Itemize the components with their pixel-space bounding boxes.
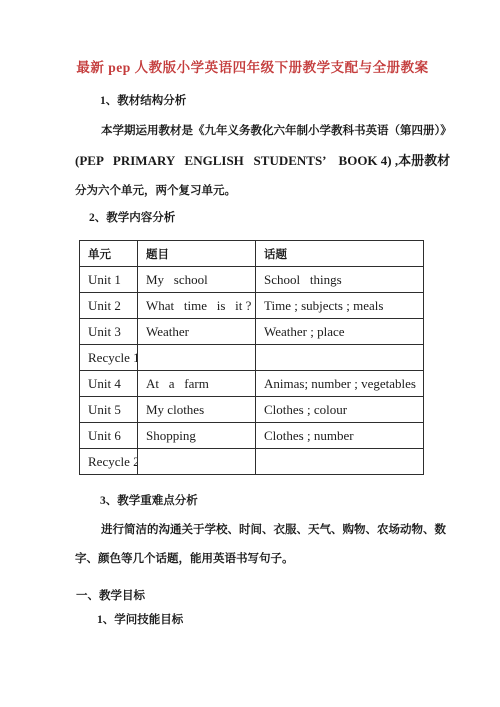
document-page: 最新 pep 人教版小学英语四年级下册教学支配与全册教案 1、教材结构分析 本学… <box>0 0 500 707</box>
heading-knowledge-skills: 1、学问技能目标 <box>97 613 430 628</box>
table-cell-topic: Clothes ; number <box>256 423 424 449</box>
table-cell-topic: Time ; subjects ; meals <box>256 293 424 319</box>
table-cell-unit: Unit 5 <box>80 397 138 423</box>
heading-key-points-analysis: 3、教学重难点分析 <box>100 494 430 509</box>
paragraph-key-points-line2: 字、颜色等几个话题，能用英语书写句子。 <box>75 545 430 574</box>
table-cell-title: At a farm <box>138 371 256 397</box>
table-cell-unit: Unit 6 <box>80 423 138 449</box>
units-table-header-row: 单元 题目 话题 <box>80 241 424 267</box>
document-title: 最新 pep 人教版小学英语四年级下册教学支配与全册教案 <box>75 58 430 78</box>
paragraph-textbook: 本学期运用教材是《九年义务教化六年制小学教科书英语（第四册）》 (PEP PRI… <box>75 116 430 206</box>
table-cell-title: Shopping <box>138 423 256 449</box>
table-cell-topic: Animas; number ; vegetables <box>256 371 424 397</box>
table-cell-topic: School things <box>256 267 424 293</box>
table-row-unit1: Unit 1 My school School things <box>80 267 424 293</box>
table-row-unit3: Unit 3 Weather Weather ; place <box>80 319 424 345</box>
table-cell-title: My school <box>138 267 256 293</box>
table-row-unit6: Unit 6 Shopping Clothes ; number <box>80 423 424 449</box>
table-cell-unit: Unit 1 <box>80 267 138 293</box>
table-cell-unit: Unit 3 <box>80 319 138 345</box>
table-cell-topic: Weather ; place <box>256 319 424 345</box>
table-row-recycle2: Recycle 2 <box>80 449 424 475</box>
paragraph-textbook-line2: (PEP PRIMARY ENGLISH STUDENTS’ BOOK 4) ,… <box>75 146 430 176</box>
table-cell-title <box>138 449 256 475</box>
table-cell-title: What time is it ? <box>138 293 256 319</box>
table-cell-title <box>138 345 256 371</box>
table-row-recycle1: Recycle 1 <box>80 345 424 371</box>
table-cell-title: Weather <box>138 319 256 345</box>
paragraph-key-points-line1: 进行简洁的沟通关于学校、时间、衣服、天气、购物、农场动物、数 <box>75 516 430 545</box>
heading-content-analysis: 2、教学内容分析 <box>89 211 430 226</box>
table-cell-topic <box>256 449 424 475</box>
paragraph-key-points: 进行简洁的沟通关于学校、时间、衣服、天气、购物、农场动物、数 字、颜色等几个话题… <box>75 516 430 574</box>
units-table-header-unit: 单元 <box>80 241 138 267</box>
table-cell-topic <box>256 345 424 371</box>
units-table-header-topic: 话题 <box>256 241 424 267</box>
table-row-unit5: Unit 5 My clothes Clothes ; colour <box>80 397 424 423</box>
table-cell-unit: Unit 4 <box>80 371 138 397</box>
table-row-unit2: Unit 2 What time is it ? Time ; subjects… <box>80 293 424 319</box>
table-cell-unit: Unit 2 <box>80 293 138 319</box>
heading-teaching-goals: 一、教学目标 <box>76 589 430 604</box>
units-table: 单元 题目 话题 Unit 1 My school School things … <box>79 240 424 475</box>
paragraph-textbook-line1: 本学期运用教材是《九年义务教化六年制小学教科书英语（第四册）》 <box>75 116 430 146</box>
table-row-unit4: Unit 4 At a farm Animas; number ; vegeta… <box>80 371 424 397</box>
heading-structure-analysis: 1、教材结构分析 <box>100 94 430 109</box>
table-cell-unit: Recycle 2 <box>80 449 138 475</box>
table-cell-title: My clothes <box>138 397 256 423</box>
paragraph-textbook-line3: 分为六个单元，两个复习单元。 <box>75 176 430 206</box>
table-cell-unit: Recycle 1 <box>80 345 138 371</box>
units-table-header-title: 题目 <box>138 241 256 267</box>
table-cell-topic: Clothes ; colour <box>256 397 424 423</box>
